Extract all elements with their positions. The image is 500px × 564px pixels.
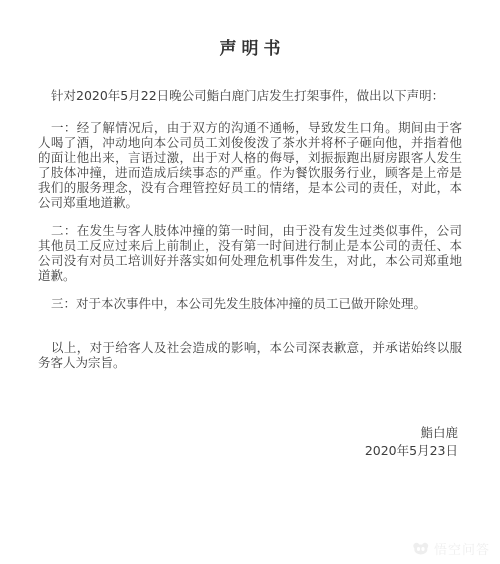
signature-date: 2020年5月23日	[38, 442, 458, 460]
statement-paragraph-3: 三：对于本次事件中，本公司先发生肢体冲撞的员工已做开除处理。	[38, 296, 462, 311]
statement-intro: 针对2020年5月22日晚公司鮨白鹿门店发生打架事件，做出以下声明：	[38, 88, 462, 103]
wukong-monkey-icon	[412, 541, 430, 556]
statement-paragraph-1: 一：经了解情况后，由于双方的沟通不通畅，导致发生口角。期间由于客人喝了酒，冲动地…	[38, 120, 462, 210]
signature-company: 鮨白鹿	[38, 424, 458, 442]
watermark-text: 悟空问答	[434, 539, 490, 558]
statement-paragraph-4: 以上，对于给客人及社会造成的影响，本公司深表歉意，并承诺始终以服务客人为宗旨。	[38, 340, 462, 370]
document-body: 声明书 针对2020年5月22日晚公司鮨白鹿门店发生打架事件，做出以下声明： 一…	[0, 38, 500, 460]
statement-paragraph-2: 二：在发生与客人肢体冲撞的第一时间，由于没有发生过类似事件，公司其他员工反应过来…	[38, 223, 462, 283]
statement-document: 声明书 针对2020年5月22日晚公司鮨白鹿门店发生打架事件，做出以下声明： 一…	[0, 0, 500, 564]
watermark: 悟空问答	[412, 539, 490, 558]
signature-block: 鮨白鹿 2020年5月23日	[38, 424, 462, 460]
page-title: 声明书	[38, 38, 462, 60]
